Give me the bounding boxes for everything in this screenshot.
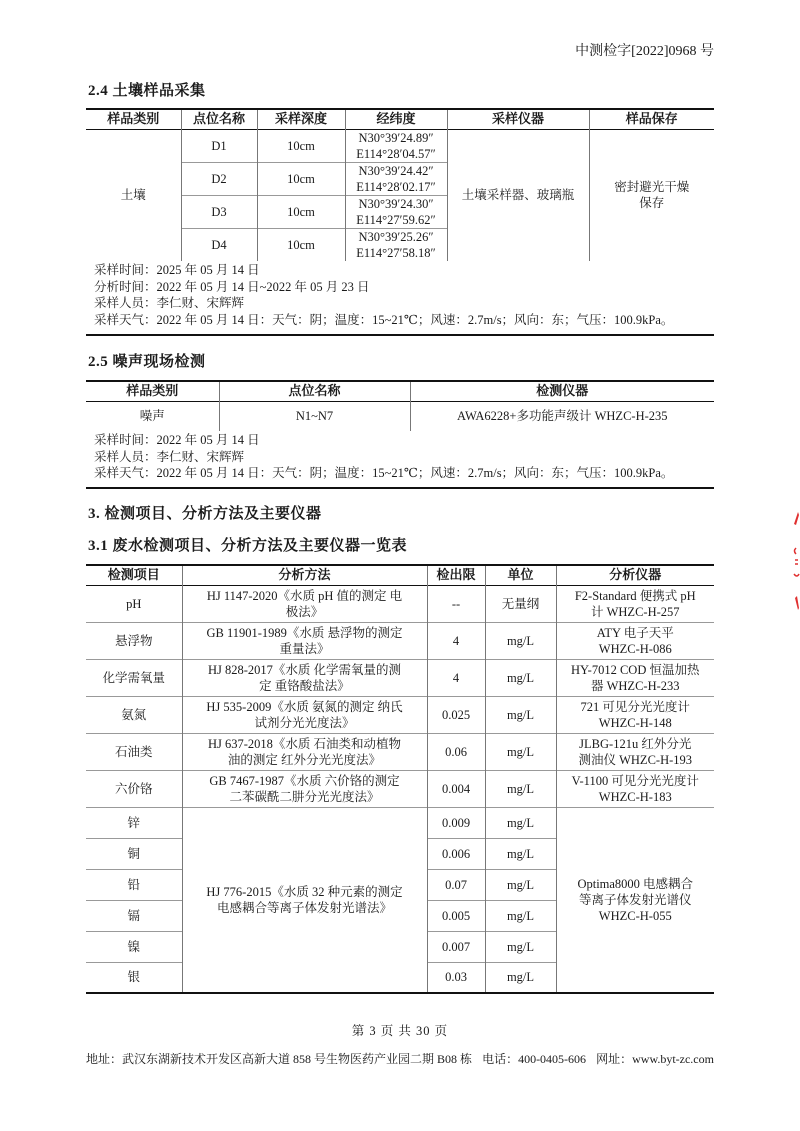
coord-cell: N30°39′25.26″E114°27′58.18″ (345, 228, 447, 261)
instrument-line: 等离子体发射光谱仪 (557, 892, 715, 908)
divider (86, 487, 714, 489)
method-line: 定 重铬酸盐法》 (183, 678, 427, 694)
footer-phone: 电话：400-0405-606 (482, 1050, 586, 1067)
analysis-time: 分析时间：2022 年 05 月 14 日~2022 年 05 月 23 日 (94, 279, 673, 296)
item-cell: 化学需氧量 (86, 659, 182, 696)
noise-table: 样品类别 点位名称 检测仪器 噪声 N1~N7 AWA6228+多功能声级计 W… (86, 380, 714, 431)
method-line: HJ 535-2009《水质 氨氮的测定 纳氏 (183, 699, 427, 715)
limit-cell: 0.006 (427, 838, 485, 869)
table-row: 悬浮物 GB 11901-1989《水质 悬浮物的测定重量法》 4 mg/L A… (86, 622, 714, 659)
instrument-line: 测油仪 WHZC-H-193 (557, 752, 715, 768)
storage-cell: 密封避光干燥保存 (589, 129, 714, 261)
limit-cell: 0.004 (427, 770, 485, 807)
method-cell: GB 7467-1987《水质 六价铬的测定二苯碳酰二肼分光光度法》 (182, 770, 427, 807)
instrument-line: 721 可见分光光度计 (557, 699, 715, 715)
instrument-line: WHZC-H-183 (557, 789, 715, 805)
instrument-cell: Optima8000 电感耦合等离子体发射光谱仪WHZC-H-055 (556, 807, 714, 993)
instrument-line: WHZC-H-086 (557, 641, 715, 657)
sample-type-cell: 土壤 (86, 129, 181, 261)
point-cell: D2 (181, 162, 257, 195)
depth-cell: 10cm (257, 228, 345, 261)
latitude: N30°39′24.89″ (346, 130, 447, 146)
footer-website: 网址：www.byt-zc.com (596, 1050, 714, 1067)
section-3-title: 3. 检测项目、分析方法及主要仪器 (88, 502, 322, 523)
depth-cell: 10cm (257, 129, 345, 162)
table-row: 噪声 N1~N7 AWA6228+多功能声级计 WHZC-H-235 (86, 401, 714, 431)
table-row: 氨氮 HJ 535-2009《水质 氨氮的测定 纳氏试剂分光光度法》 0.025… (86, 696, 714, 733)
method-cell: HJ 535-2009《水质 氨氮的测定 纳氏试剂分光光度法》 (182, 696, 427, 733)
instrument-line: HY-7012 COD 恒温加热 (557, 662, 715, 678)
col-header: 样品类别 (86, 109, 181, 129)
method-cell: HJ 776-2015《水质 32 种元素的测定电感耦合等离子体发射光谱法》 (182, 807, 427, 993)
instrument-cell: 土壤采样器、玻璃瓶 (447, 129, 589, 261)
instrument-line: Optima8000 电感耦合 (557, 876, 715, 892)
method-cell: GB 11901-1989《水质 悬浮物的测定重量法》 (182, 622, 427, 659)
unit-cell: mg/L (485, 931, 556, 962)
section-2-5-title: 2.5 噪声现场检测 (88, 350, 206, 371)
storage-text: 密封避光干燥保存 (614, 180, 689, 210)
method-line: HJ 1147-2020《水质 pH 值的测定 电 (183, 588, 427, 604)
unit-cell: mg/L (485, 838, 556, 869)
sampling-staff: 采样人员：李仁财、宋辉辉 (94, 295, 673, 312)
divider (86, 334, 714, 336)
item-cell: 镍 (86, 931, 182, 962)
col-header: 样品保存 (589, 109, 714, 129)
depth-cell: 10cm (257, 162, 345, 195)
coord-cell: N30°39′24.30″E114°27′59.62″ (345, 195, 447, 228)
col-header: 采样仪器 (447, 109, 589, 129)
method-line: 油的测定 红外分光光度法》 (183, 752, 427, 768)
unit-cell: 无量纲 (485, 585, 556, 622)
col-header: 点位名称 (181, 109, 257, 129)
col-header: 检测项目 (86, 565, 182, 585)
sampling-time: 采样时间：2022 年 05 月 14 日 (94, 432, 673, 449)
limit-cell: 0.009 (427, 807, 485, 838)
instrument-cell: F2-Standard 便携式 pH计 WHZC-H-257 (556, 585, 714, 622)
method-line: HJ 776-2015《水质 32 种元素的测定 (183, 884, 427, 900)
instrument-cell: V-1100 可见分光光度计WHZC-H-183 (556, 770, 714, 807)
longitude: E114°28′04.57″ (346, 146, 447, 162)
wastewater-methods-table: 检测项目 分析方法 检出限 单位 分析仪器 pH HJ 1147-2020《水质… (86, 564, 714, 994)
instrument-line: 器 WHZC-H-233 (557, 678, 715, 694)
col-header: 单位 (485, 565, 556, 585)
method-line: HJ 637-2018《水质 石油类和动植物 (183, 736, 427, 752)
method-line: GB 7467-1987《水质 六价铬的测定 (183, 773, 427, 789)
instrument-line: V-1100 可见分光光度计 (557, 773, 715, 789)
method-cell: HJ 1147-2020《水质 pH 值的测定 电极法》 (182, 585, 427, 622)
method-line: 试剂分光光度法》 (183, 715, 427, 731)
instrument-line: WHZC-H-055 (557, 908, 715, 924)
instrument-cell: AWA6228+多功能声级计 WHZC-H-235 (410, 401, 714, 431)
coord-cell: N30°39′24.89″E114°28′04.57″ (345, 129, 447, 162)
instrument-line: WHZC-H-148 (557, 715, 715, 731)
table-row: 六价铬 GB 7467-1987《水质 六价铬的测定二苯碳酰二肼分光光度法》 0… (86, 770, 714, 807)
sampling-staff: 采样人员：李仁财、宋辉辉 (94, 449, 673, 466)
limit-cell: 0.025 (427, 696, 485, 733)
unit-cell: mg/L (485, 869, 556, 900)
unit-cell: mg/L (485, 733, 556, 770)
points-cell: N1~N7 (219, 401, 410, 431)
item-cell: 石油类 (86, 733, 182, 770)
unit-cell: mg/L (485, 770, 556, 807)
unit-cell: mg/L (485, 807, 556, 838)
col-header: 采样深度 (257, 109, 345, 129)
limit-cell: 0.005 (427, 900, 485, 931)
unit-cell: mg/L (485, 900, 556, 931)
method-line: HJ 828-2017《水质 化学需氧量的测 (183, 662, 427, 678)
point-cell: D1 (181, 129, 257, 162)
unit-cell: mg/L (485, 659, 556, 696)
table-row: 石油类 HJ 637-2018《水质 石油类和动植物油的测定 红外分光光度法》 … (86, 733, 714, 770)
section-2-4-title: 2.4 土壤样品采集 (88, 79, 206, 100)
table-row: pH HJ 1147-2020《水质 pH 值的测定 电极法》 -- 无量纲 F… (86, 585, 714, 622)
instrument-line: JLBG-121u 红外分光 (557, 736, 715, 752)
depth-cell: 10cm (257, 195, 345, 228)
item-cell: 铜 (86, 838, 182, 869)
sampling-weather: 采样天气：2022 年 05 月 14 日：天气：阴；温度：15~21℃；风速：… (94, 465, 673, 482)
point-cell: D4 (181, 228, 257, 261)
latitude: N30°39′24.42″ (346, 163, 447, 179)
latitude: N30°39′24.30″ (346, 196, 447, 212)
footer-address: 地址：武汉东湖新技术开发区高新大道 858 号生物医药产业园二期 B08 栋 (86, 1050, 472, 1067)
section-3-1-title: 3.1 废水检测项目、分析方法及主要仪器一览表 (88, 534, 407, 555)
method-line: GB 11901-1989《水质 悬浮物的测定 (183, 625, 427, 641)
instrument-cell: ATY 电子天平WHZC-H-086 (556, 622, 714, 659)
item-cell: 锌 (86, 807, 182, 838)
seal-stamp-icon (790, 510, 800, 620)
page-number: 第 3 页 共 30 页 (0, 1021, 800, 1039)
noise-notes: 采样时间：2022 年 05 月 14 日 采样人员：李仁财、宋辉辉 采样天气：… (94, 432, 673, 482)
limit-cell: 0.007 (427, 931, 485, 962)
type-cell: 噪声 (86, 401, 219, 431)
item-cell: 悬浮物 (86, 622, 182, 659)
coord-cell: N30°39′24.42″E114°28′02.17″ (345, 162, 447, 195)
limit-cell: 0.06 (427, 733, 485, 770)
table-row: 土壤 D1 10cm N30°39′24.89″E114°28′04.57″ 土… (86, 129, 714, 162)
sampling-weather: 采样天气：2022 年 05 月 14 日：天气：阴；温度：15~21℃；风速：… (94, 312, 673, 329)
item-cell: 银 (86, 962, 182, 993)
col-header: 分析仪器 (556, 565, 714, 585)
unit-cell: mg/L (485, 962, 556, 993)
method-line: 重量法》 (183, 641, 427, 657)
col-header: 分析方法 (182, 565, 427, 585)
footer: 地址：武汉东湖新技术开发区高新大道 858 号生物医药产业园二期 B08 栋 电… (86, 1050, 714, 1067)
method-line: 二苯碳酰二肼分光光度法》 (183, 789, 427, 805)
col-header: 样品类别 (86, 381, 219, 401)
col-header: 点位名称 (219, 381, 410, 401)
unit-cell: mg/L (485, 622, 556, 659)
col-header: 检测仪器 (410, 381, 714, 401)
limit-cell: 0.07 (427, 869, 485, 900)
unit-cell: mg/L (485, 696, 556, 733)
instrument-line: F2-Standard 便携式 pH (557, 588, 715, 604)
item-cell: 铅 (86, 869, 182, 900)
item-cell: 六价铬 (86, 770, 182, 807)
latitude: N30°39′25.26″ (346, 229, 447, 245)
method-line: 电感耦合等离子体发射光谱法》 (183, 900, 427, 916)
soil-sampling-notes: 采样时间：2025 年 05 月 14 日 分析时间：2022 年 05 月 1… (94, 262, 673, 328)
instrument-cell: HY-7012 COD 恒温加热器 WHZC-H-233 (556, 659, 714, 696)
longitude: E114°28′02.17″ (346, 179, 447, 195)
limit-cell: 0.03 (427, 962, 485, 993)
instrument-cell: 721 可见分光光度计WHZC-H-148 (556, 696, 714, 733)
item-cell: 镉 (86, 900, 182, 931)
method-cell: HJ 828-2017《水质 化学需氧量的测定 重铬酸盐法》 (182, 659, 427, 696)
col-header: 检出限 (427, 565, 485, 585)
method-cell: HJ 637-2018《水质 石油类和动植物油的测定 红外分光光度法》 (182, 733, 427, 770)
table-row: 锌 HJ 776-2015《水质 32 种元素的测定电感耦合等离子体发射光谱法》… (86, 807, 714, 838)
point-cell: D3 (181, 195, 257, 228)
instrument-cell: JLBG-121u 红外分光测油仪 WHZC-H-193 (556, 733, 714, 770)
method-line: 极法》 (183, 604, 427, 620)
table-row: 化学需氧量 HJ 828-2017《水质 化学需氧量的测定 重铬酸盐法》 4 m… (86, 659, 714, 696)
soil-sampling-table: 样品类别 点位名称 采样深度 经纬度 采样仪器 样品保存 土壤 D1 10cm … (86, 108, 714, 261)
limit-cell: -- (427, 585, 485, 622)
longitude: E114°27′59.62″ (346, 212, 447, 228)
sampling-time: 采样时间：2025 年 05 月 14 日 (94, 262, 673, 279)
instrument-line: 计 WHZC-H-257 (557, 604, 715, 620)
col-header: 经纬度 (345, 109, 447, 129)
limit-cell: 4 (427, 659, 485, 696)
longitude: E114°27′58.18″ (346, 245, 447, 261)
item-cell: 氨氮 (86, 696, 182, 733)
document-number: 中测检字[2022]0968 号 (575, 40, 714, 60)
limit-cell: 4 (427, 622, 485, 659)
instrument-line: ATY 电子天平 (557, 625, 715, 641)
item-cell: pH (86, 585, 182, 622)
